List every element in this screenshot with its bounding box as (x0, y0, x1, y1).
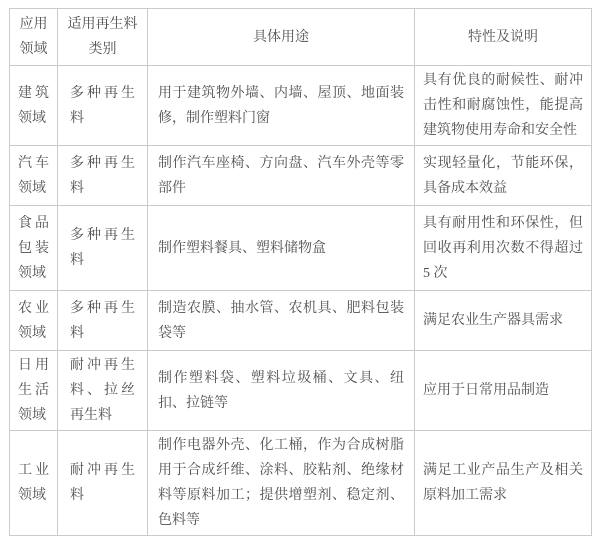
table-row: 汽车领域 多种再生料 制作汽车座椅、方向盘、汽车外壳等零部件 实现轻量化，节能环… (10, 146, 592, 206)
cell-usage: 制作电器外壳、化工桶，作为合成树脂用于合成纤维、涂料、胶粘剂、绝缘材料等原料加工… (148, 431, 415, 536)
cell-field: 食品包装领域 (10, 206, 58, 291)
column-header-material: 适用再生料类别 (58, 9, 148, 66)
cell-field: 汽车领域 (10, 146, 58, 206)
cell-material: 多种再生料 (58, 66, 148, 146)
table-row: 食品包装领域 多种再生料 制作塑料餐具、塑料储物盒 具有耐用性和环保性，但回收再… (10, 206, 592, 291)
cell-notes: 具有耐用性和环保性，但回收再利用次数不得超过 5 次 (415, 206, 592, 291)
cell-field: 农业领域 (10, 291, 58, 351)
cell-material: 耐冲再生料 (58, 431, 148, 536)
recycled-material-applications-table: 应用领域 适用再生料类别 具体用途 特性及说明 建筑领域 多种再生料 用于建筑物… (9, 8, 592, 536)
table-header-row: 应用领域 适用再生料类别 具体用途 特性及说明 (10, 9, 592, 66)
cell-field: 建筑领域 (10, 66, 58, 146)
column-header-usage: 具体用途 (148, 9, 415, 66)
table-row: 日用生活领域 耐冲再生料、拉丝再生料 制作塑料袋、塑料垃圾桶、文具、纽扣、拉链等… (10, 351, 592, 431)
cell-usage: 制作塑料餐具、塑料储物盒 (148, 206, 415, 291)
cell-notes: 满足农业生产器具需求 (415, 291, 592, 351)
column-header-field: 应用领域 (10, 9, 58, 66)
cell-usage: 用于建筑物外墙、内墙、屋顶、地面装修，制作塑料门窗 (148, 66, 415, 146)
cell-notes: 应用于日常用品制造 (415, 351, 592, 431)
cell-field: 工业领域 (10, 431, 58, 536)
cell-notes: 具有优良的耐候性、耐冲击性和耐腐蚀性，能提高建筑物使用寿命和安全性 (415, 66, 592, 146)
cell-usage: 制作汽车座椅、方向盘、汽车外壳等零部件 (148, 146, 415, 206)
table-row: 建筑领域 多种再生料 用于建筑物外墙、内墙、屋顶、地面装修，制作塑料门窗 具有优… (10, 66, 592, 146)
cell-material: 多种再生料 (58, 291, 148, 351)
cell-notes: 满足工业产品生产及相关原料加工需求 (415, 431, 592, 536)
cell-material: 耐冲再生料、拉丝再生料 (58, 351, 148, 431)
cell-field: 日用生活领域 (10, 351, 58, 431)
column-header-notes: 特性及说明 (415, 9, 592, 66)
cell-material: 多种再生料 (58, 206, 148, 291)
cell-usage: 制作塑料袋、塑料垃圾桶、文具、纽扣、拉链等 (148, 351, 415, 431)
cell-notes: 实现轻量化，节能环保，具备成本效益 (415, 146, 592, 206)
cell-material: 多种再生料 (58, 146, 148, 206)
cell-usage: 制造农膜、抽水管、农机具、肥料包装袋等 (148, 291, 415, 351)
table-row: 工业领域 耐冲再生料 制作电器外壳、化工桶，作为合成树脂用于合成纤维、涂料、胶粘… (10, 431, 592, 536)
table-row: 农业领域 多种再生料 制造农膜、抽水管、农机具、肥料包装袋等 满足农业生产器具需… (10, 291, 592, 351)
